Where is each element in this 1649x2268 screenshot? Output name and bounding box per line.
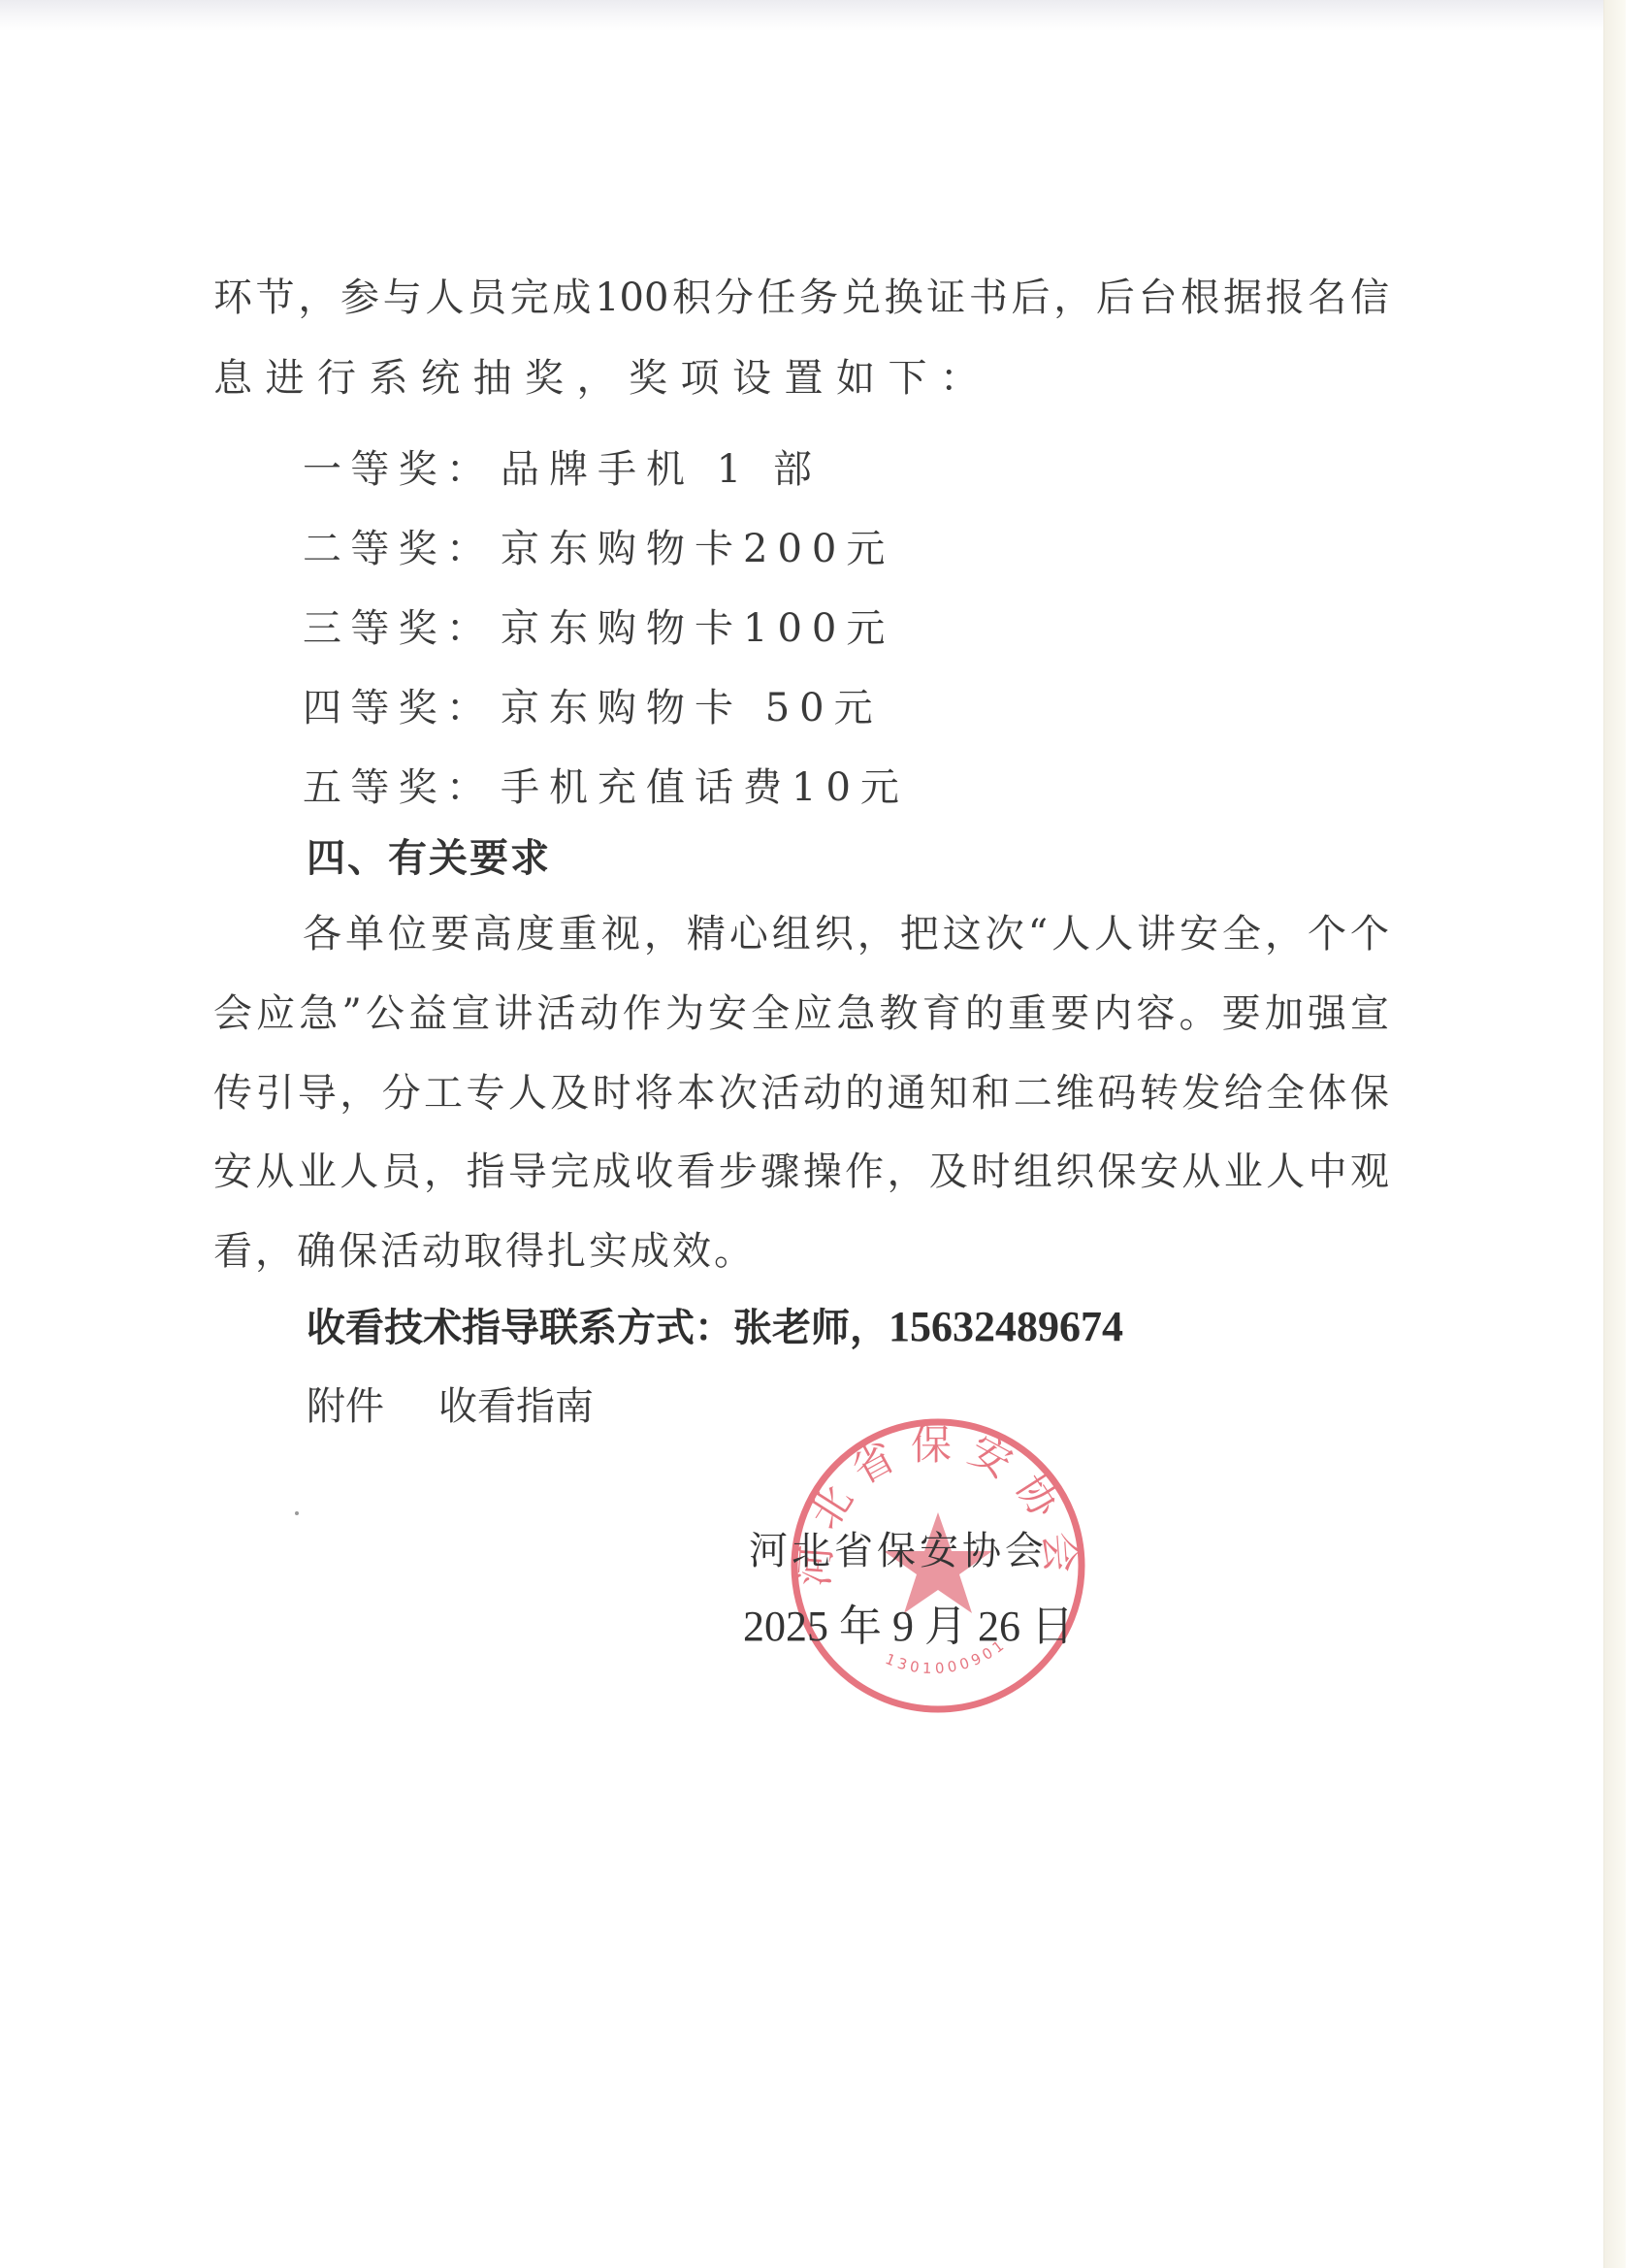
scan-top-shadow (0, 0, 1603, 31)
prize-value: 手机充值话费10元 (501, 761, 909, 815)
requirements-line-5: 看，确保活动取得扎实成效。 (213, 1224, 756, 1279)
contact-line: 收看技术指导联系方式：张老师，15632489674 (307, 1300, 1123, 1354)
prize-item-3: 三等奖：京东购物卡100元 (303, 601, 894, 656)
prize-label: 五等奖： (303, 761, 485, 815)
scan-speck (295, 1511, 299, 1515)
attachment-title: 收看指南 (438, 1384, 594, 1429)
intro-line-2: 息进行系统抽奖，奖项设置如下： (213, 351, 992, 405)
prize-item-5: 五等奖：手机充值话费10元 (303, 761, 909, 815)
prize-item-1: 一等奖：品牌手机 1 部 (303, 442, 822, 497)
requirements-line-3: 传引导，分工专人及时将本次活动的通知和二维码转发给全体保 (213, 1066, 1389, 1120)
signature-organization: 河北省保安协会 (749, 1524, 1048, 1578)
intro-line-1: 环节，参与人员完成100积分任务兑换证书后，后台根据报名信 (213, 271, 1389, 325)
prize-item-2: 二等奖：京东购物卡200元 (303, 522, 894, 576)
requirements-line-2: 会应急”公益宣讲活动作为安全应急教育的重要内容。要加强宣 (213, 987, 1389, 1041)
prize-item-4: 四等奖：京东购物卡 50元 (303, 681, 883, 735)
requirements-line-1: 各单位要高度重视，精心组织，把这次“人人讲安全，个个 (303, 907, 1389, 961)
prize-label: 二等奖： (303, 522, 485, 576)
prize-value: 京东购物卡200元 (501, 522, 894, 576)
prize-label: 三等奖： (303, 601, 485, 656)
section-heading: 四、有关要求 (307, 831, 551, 886)
signature-date: 2025 年 9 月 26 日 (743, 1600, 1074, 1654)
requirements-line-4: 安从业人员，指导完成收看步骤操作，及时组织保安从业人中观 (213, 1145, 1389, 1199)
attachment-label: 附件 (307, 1384, 384, 1429)
contact-phone: 15632489674 (889, 1303, 1123, 1350)
prize-label: 四等奖： (303, 681, 485, 735)
prize-value: 品牌手机 1 部 (501, 442, 822, 497)
contact-label: 收看技术指导联系方式：张老师， (307, 1306, 889, 1350)
prize-value: 京东购物卡 50元 (501, 681, 883, 735)
scan-right-edge (1603, 0, 1626, 2268)
prize-label: 一等奖： (303, 442, 485, 497)
prize-value: 京东购物卡100元 (501, 601, 894, 656)
attachment-line: 附件收看指南 (307, 1379, 594, 1434)
